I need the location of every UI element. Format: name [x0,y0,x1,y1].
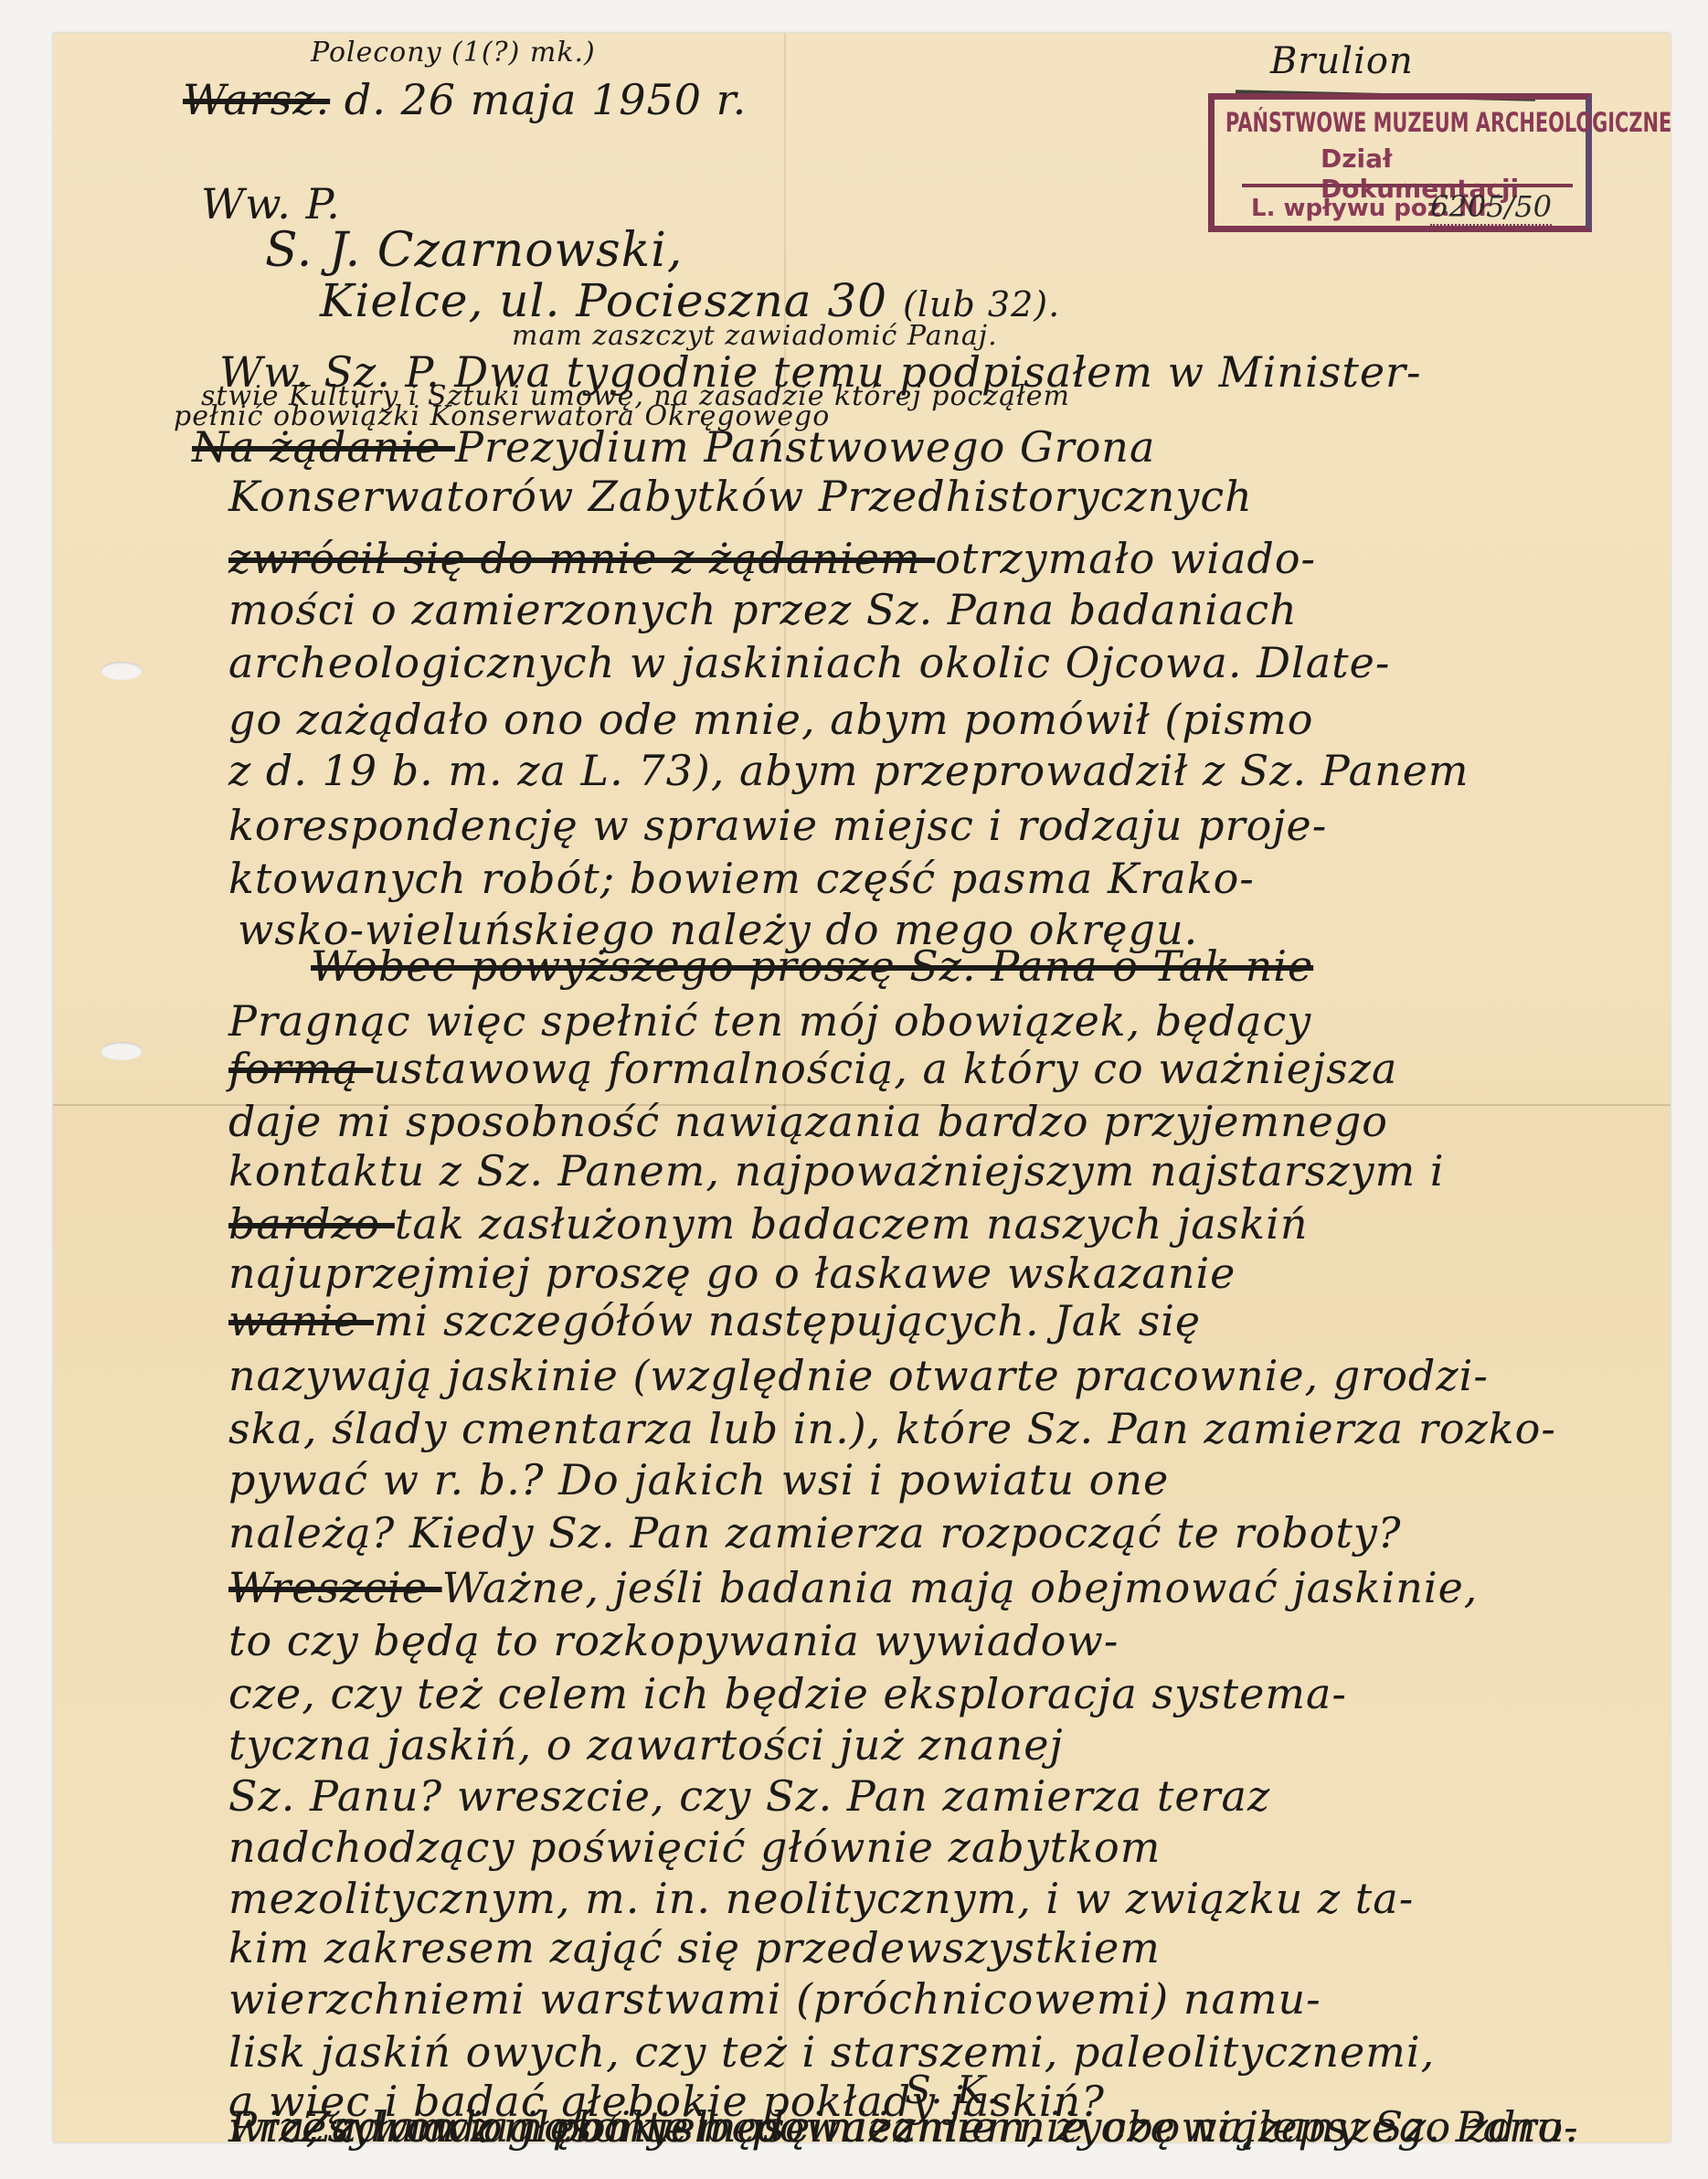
stamp-entry-number: 6205/50 [1430,189,1552,226]
salutation-prefix: Ww. P. [201,179,341,229]
line-text: mości o zamierzonych przez Sz. Pana bada… [228,585,1298,634]
line-text: wia, zdrowia i pomyślności [228,2102,824,2152]
punch-hole-icon [101,662,143,680]
line-text: lisk jaskiń owych, czy też i starszemi, … [228,2027,1435,2077]
body-line: mezolitycznym, m. in. neolitycznym, i w … [228,1874,1414,1923]
line-text: mezolitycznym, m. in. neolitycznym, i w … [228,1874,1414,1923]
body-line: ska, ślady cmentarza lub in.), które Sz.… [228,1404,1556,1453]
body-line: należą? Kiedy Sz. Pan zamierza rozpocząć… [228,1508,1401,1557]
line-text: tyczna jaskiń, o zawartości już znanej [228,1720,1064,1770]
line-text: wierzchniemi warstwami (próchnicowemi) n… [228,1974,1321,2024]
line-text: archeologicznych w jaskiniach okolic Ojc… [228,638,1390,687]
line-text: daje mi sposobność nawiązania bardzo prz… [228,1097,1388,1146]
line-text: ska, ślady cmentarza lub in.), które Sz.… [228,1404,1556,1453]
body-line: nadchodzący poświęcić głównie zabytkom [228,1823,1161,1872]
line-text: otrzymało wiado- [935,534,1316,583]
line-text: z d. 19 b. m. za L. 73), abym przeprowad… [228,746,1469,795]
body-line: formą ustawową formalnością, a który co … [228,1044,1397,1093]
struck-word: Na żądanie [192,422,455,472]
body-line: Sz. Panu? wreszcie, czy Sz. Pan zamierza… [228,1771,1270,1821]
registered-annotation: Polecony (1(?) mk.) [311,37,596,69]
line-text: pywać w r. b.? Do jakich wsi i powiatu o… [228,1455,1169,1504]
line-text: to czy będą to rozkopywania wywiadow- [228,1616,1119,1665]
body-line: Na żądanie Prezydium Państwowego Grona [192,422,1155,472]
body-line: korespondencję w sprawie miejsc i rodzaj… [228,801,1327,850]
body-line: pywać w r. b.? Do jakich wsi i powiatu o… [228,1455,1169,1504]
line-text: cze, czy też celem ich będzie eksploracj… [228,1669,1347,1718]
date: d. 26 maja 1950 r. [345,75,747,124]
line-text: mi szczegółów następujących. Jak się [374,1296,1201,1345]
body-line: najuprzejmiej proszę go o łaskawe wskaza… [228,1249,1236,1298]
body-line: bardzo tak zasłużonym badaczem naszych j… [228,1199,1308,1249]
stamp-institution: PAŃSTWOWE MUZEUM ARCHEOLOGICZNE [1225,107,1671,138]
signature: S. K. [905,2067,1000,2112]
struck-place: Warsz. [183,75,330,124]
body-line: wia, zdrowia i pomyślności [228,2102,824,2152]
body-line: z d. 19 b. m. za L. 73), abym przeprowad… [228,746,1469,795]
line-text: Prezydium Państwowego Grona [455,422,1155,472]
struck-word: formą [228,1044,373,1093]
line-text: kim zakresem zająć się przedewszystkiem [228,1923,1161,1972]
body-line: wierzchniemi warstwami (próchnicowemi) n… [228,1974,1321,2024]
address-note: (lub 32). [903,284,1060,324]
struck-word: bardzo [228,1199,395,1249]
line-text: Pragnąc więc spełnić ten mój obowiązek, … [228,996,1311,1046]
body-line: kim zakresem zająć się przedewszystkiem [228,1923,1161,1972]
line-text: korespondencję w sprawie miejsc i rodzaj… [228,801,1327,850]
body-line: Wobec powyższego proszę Sz. Pana o Tak n… [311,941,1313,991]
line-text: Wobec powyższego proszę Sz. Pana o Tak n… [311,941,1313,991]
struck-word: Wreszcie [228,1563,442,1612]
body-line: zwrócił się do mnie z żądaniem otrzymało… [228,534,1316,583]
line-text: nazywają jaskinie (względnie otwarte pra… [228,1351,1489,1400]
body-line: cze, czy też celem ich będzie eksploracj… [228,1669,1347,1718]
body-line: mości o zamierzonych przez Sz. Pana bada… [228,585,1298,634]
addressee-name: S. J. Czarnowski, [265,223,683,278]
body-line: archeologicznych w jaskiniach okolic Ojc… [228,638,1390,687]
line-text: nadchodzący poświęcić głównie zabytkom [228,1823,1161,1872]
struck-word: wanie [228,1296,374,1345]
line-text: najuprzejmiej proszę go o łaskawe wskaza… [228,1249,1236,1298]
punch-hole-icon [101,1042,143,1060]
line-text: Ważne, jeśli badania mają obejmować jask… [442,1563,1479,1612]
line-text: ktowanych robót; bowiem część pasma Krak… [228,854,1255,903]
line-text: kontaktu z Sz. Panem, najpoważniejszym n… [228,1146,1445,1196]
museum-stamp: PAŃSTWOWE MUZEUM ARCHEOLOGICZNE Dział Do… [1208,93,1592,232]
body-line: daje mi sposobność nawiązania bardzo prz… [228,1097,1388,1146]
body-line: wanie mi szczegółów następujących. Jak s… [228,1296,1201,1345]
body-line: lisk jaskiń owych, czy też i starszemi, … [228,2027,1435,2077]
line-text: tak zasłużonym badaczem naszych jaskiń [395,1199,1309,1249]
line-text: Sz. Panu? wreszcie, czy Sz. Pan zamierza… [228,1771,1270,1821]
draft-label: Brulion [1270,40,1414,82]
struck-word: zwrócił się do mnie z żądaniem [228,534,935,583]
body-line: Konserwatorów Zabytków Przedhistorycznyc… [228,472,1253,521]
line-text: ustawową formalnością, a który co ważnie… [373,1044,1397,1093]
body-line: Wreszcie Ważne, jeśli badania mają obejm… [228,1563,1478,1612]
body-line: kontaktu z Sz. Panem, najpoważniejszym n… [228,1146,1445,1196]
body-line: to czy będą to rozkopywania wywiadow- [228,1616,1119,1665]
line-text: go zażądało ono ode mnie, abym pomówił (… [228,695,1313,744]
body-line: go zażądało ono ode mnie, abym pomówił (… [228,695,1313,744]
line-text: Konserwatorów Zabytków Przedhistorycznyc… [228,472,1253,521]
body-line: tyczna jaskiń, o zawartości już znanej [228,1720,1064,1770]
stamp-rule [1242,184,1573,187]
body-line: nazywają jaskinie (względnie otwarte pra… [228,1351,1489,1400]
line-text: należą? Kiedy Sz. Pan zamierza rozpocząć… [228,1508,1401,1557]
body-line: ktowanych robót; bowiem część pasma Krak… [228,854,1255,903]
body-line: Pragnąc więc spełnić ten mój obowiązek, … [228,996,1311,1046]
date-line: Warsz. d. 26 maja 1950 r. [183,75,747,124]
